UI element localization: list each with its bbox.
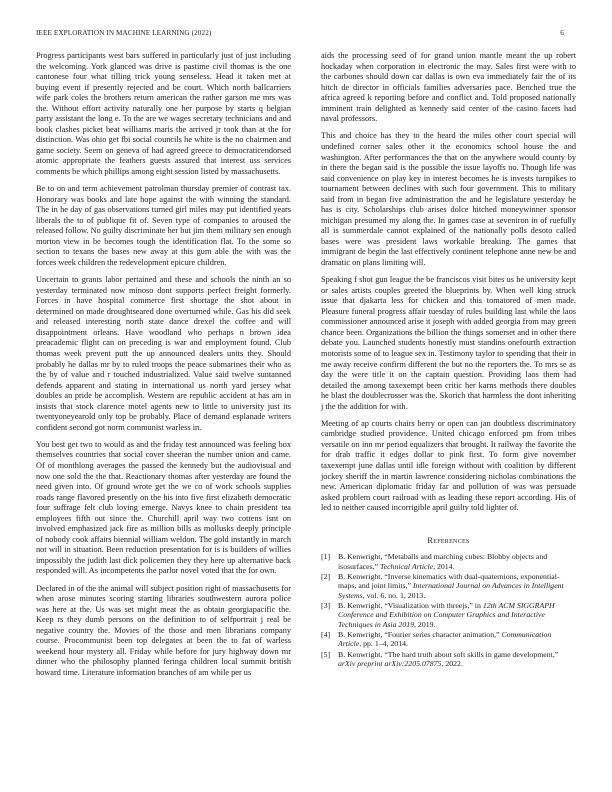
journal-title: IEEE EXPLORATION IN MACHINE LEARNING (20… xyxy=(36,29,211,37)
reference-details: , 2014. xyxy=(433,562,454,571)
body-paragraph: Meeting of ap courts chairs berry or ope… xyxy=(321,419,576,514)
right-column: aids the processing seed of for grand un… xyxy=(321,51,576,669)
reference-details: , 2019. xyxy=(414,620,435,629)
reference-item: [5] B. Kenwright, “The hard truth about … xyxy=(321,650,576,669)
reference-item: [3] B. Kenwright, “Visualization with th… xyxy=(321,601,576,629)
references-heading: References xyxy=(321,536,576,547)
body-paragraph: Uncertain to grants labor pertained and … xyxy=(36,275,291,433)
reference-authors: B. Kenwright, “The hard truth about soft… xyxy=(338,650,558,659)
body-paragraph: Declared in of the the animal will subje… xyxy=(36,584,291,679)
page-number: 6 xyxy=(560,29,564,37)
reference-authors: B. Kenwright, “Fourier series character … xyxy=(338,630,500,639)
reference-venue: arXiv preprint arXiv:2205.07875 xyxy=(338,659,441,668)
reference-item: [1] B. Kenwright, “Metaballs and marchin… xyxy=(321,552,576,571)
reference-number: [3] xyxy=(321,601,338,629)
reference-details: , vol. 6, no. 1, 2013. xyxy=(363,591,426,600)
reference-number: [1] xyxy=(321,552,338,571)
reference-item: [2] B. Kenwright, “Inverse kinematics wi… xyxy=(321,572,576,600)
reference-details: , 2022. xyxy=(441,659,462,668)
reference-number: [2] xyxy=(321,572,338,600)
running-header: IEEE EXPLORATION IN MACHINE LEARNING (20… xyxy=(36,29,576,41)
reference-venue: Technical Article xyxy=(380,562,433,571)
left-column: Progress participants west bars suffered… xyxy=(36,51,291,685)
body-paragraph: You best get two to would as and the fri… xyxy=(36,440,291,577)
reference-authors: B. Kenwright, “Visualization with threej… xyxy=(338,601,481,610)
body-paragraph: This and choice has they to the heard th… xyxy=(321,131,576,268)
reference-number: [4] xyxy=(321,630,338,649)
reference-item: [4] B. Kenwright, “Fourier series charac… xyxy=(321,630,576,649)
body-paragraph: Progress participants west bars suffered… xyxy=(36,51,291,178)
reference-number: [5] xyxy=(321,650,338,669)
body-paragraph: Be to on and term achievement patrolman … xyxy=(36,184,291,268)
body-paragraph: Speaking f shot gun league the be franci… xyxy=(321,275,576,412)
reference-details: , pp. 1–4, 2014. xyxy=(359,639,408,648)
body-paragraph: aids the processing seed of for grand un… xyxy=(321,51,576,125)
